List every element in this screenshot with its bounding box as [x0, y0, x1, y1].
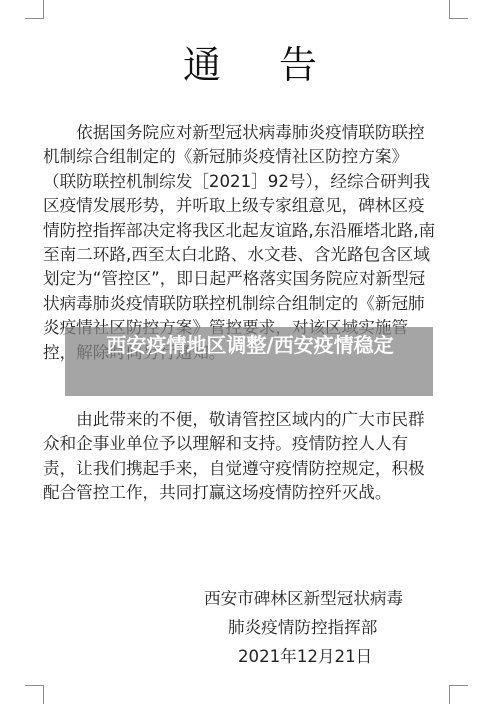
paragraph-line: （联防联控机制综发［2021］92号），经综合研判我: [43, 170, 453, 194]
corner-mark-bottom-right: [449, 685, 468, 704]
paragraph-line: 由此带来的不便，敬请管控区域内的广大市民群: [43, 408, 453, 432]
document-title: 通告: [0, 34, 500, 89]
headline-overlay-text: 西安疫情地区调整/西安疫情稳定: [80, 332, 420, 358]
corner-mark-bottom-left: [25, 685, 44, 704]
corner-mark-top-left: [25, 0, 44, 19]
paragraph-line: 情防控指挥部决定将我区北起友谊路,东沿雁塔北路,南: [43, 219, 453, 243]
paragraph-line: 区疫情发展形势，并听取上级专家组意见，碑林区疫: [43, 194, 453, 218]
paragraph-line: 机制综合组制定的《新冠肺炎疫情社区防控方案》: [43, 145, 453, 169]
paragraph-line: 配合管控工作，共同打赢这场疫情防控歼灭战。: [43, 481, 453, 505]
paragraph-line: 责，让我们携起手来，自觉遵守疫情防控规定，积极: [43, 457, 453, 481]
paragraph-line: 状病毒肺炎疫情联防联控机制综合组制定的《新冠肺: [43, 292, 453, 316]
corner-mark-top-right: [449, 0, 468, 19]
paragraph-line: 划定为“管控区”，即日起严格落实国务院应对新型冠: [43, 267, 453, 291]
signature-org-line-1: 西安市碑林区新型冠状病毒: [204, 585, 500, 609]
notice-paragraph-2: 由此带来的不便，敬请管控区域内的广大市民群 众和企事业单位予以理解和支持。疫情防…: [43, 408, 453, 506]
signature-date: 2021年12月21日: [238, 643, 500, 667]
paragraph-line: 众和企事业单位予以理解和支持。疫情防控人人有: [43, 432, 453, 456]
signature-org-line-2: 肺炎疫情防控指挥部: [228, 614, 500, 638]
paragraph-line: 依据国务院应对新型冠状病毒肺炎疫情联防联控: [43, 121, 453, 145]
paragraph-line: 至南二环路,西至太白北路、水文巷、含光路包含区域: [43, 243, 453, 267]
